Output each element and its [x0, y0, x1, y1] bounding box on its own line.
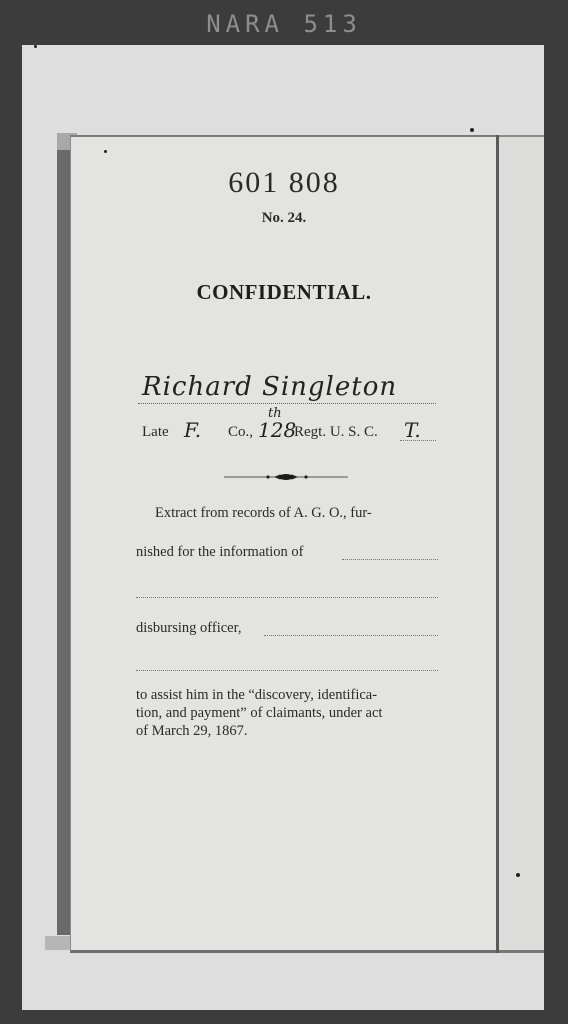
branch-letter: T.	[404, 418, 421, 442]
card-fold-edge	[496, 135, 499, 953]
serial-number: 601 808	[70, 166, 498, 200]
adjacent-page-edge	[499, 135, 544, 953]
company-label: Co.,	[228, 424, 253, 441]
extract-text-line-2: nished for the information of	[136, 544, 304, 561]
speck	[516, 873, 520, 877]
regiment-number: 128	[258, 418, 296, 442]
purpose-line-3: of March 29, 1867.	[136, 722, 436, 740]
ornament-divider	[224, 470, 348, 484]
speck	[34, 45, 37, 48]
purpose-paragraph: to assist him in the “discovery, identif…	[136, 686, 436, 740]
speck	[104, 150, 107, 153]
location-fill-line	[136, 670, 438, 671]
extract-text-line-1: Extract from records of A. G. O., fur-	[155, 505, 372, 522]
recipient-fill-line	[342, 559, 438, 560]
soldier-name: Richard Singleton	[142, 372, 397, 402]
disbursing-officer-fill-line	[264, 635, 438, 636]
purpose-line-2: tion, and payment” of claimants, under a…	[136, 704, 436, 722]
regiment-label: Regt. U. S. C.	[294, 424, 378, 441]
microfilm-frame: NARA 513 601 808 No. 24. CONFIDENTIAL. R…	[0, 0, 568, 1024]
regiment-ordinal-suffix: th	[268, 406, 282, 421]
recipient-name-fill-line	[136, 597, 438, 598]
disbursing-officer-label: disbursing officer,	[136, 620, 241, 637]
company-letter: F.	[184, 418, 201, 442]
confidential-heading: CONFIDENTIAL.	[70, 280, 498, 305]
late-label: Late	[142, 424, 169, 441]
speck	[470, 128, 474, 132]
branch-fill-line	[400, 440, 436, 441]
soldier-name-field: Richard Singleton	[138, 372, 436, 404]
archive-frame-label: NARA 513	[0, 10, 568, 38]
purpose-line-1: to assist him in the “discovery, identif…	[136, 686, 436, 704]
unit-line: Late F. Co., 128 th Regt. U. S. C. T.	[138, 420, 436, 444]
form-number: No. 24.	[70, 210, 498, 227]
